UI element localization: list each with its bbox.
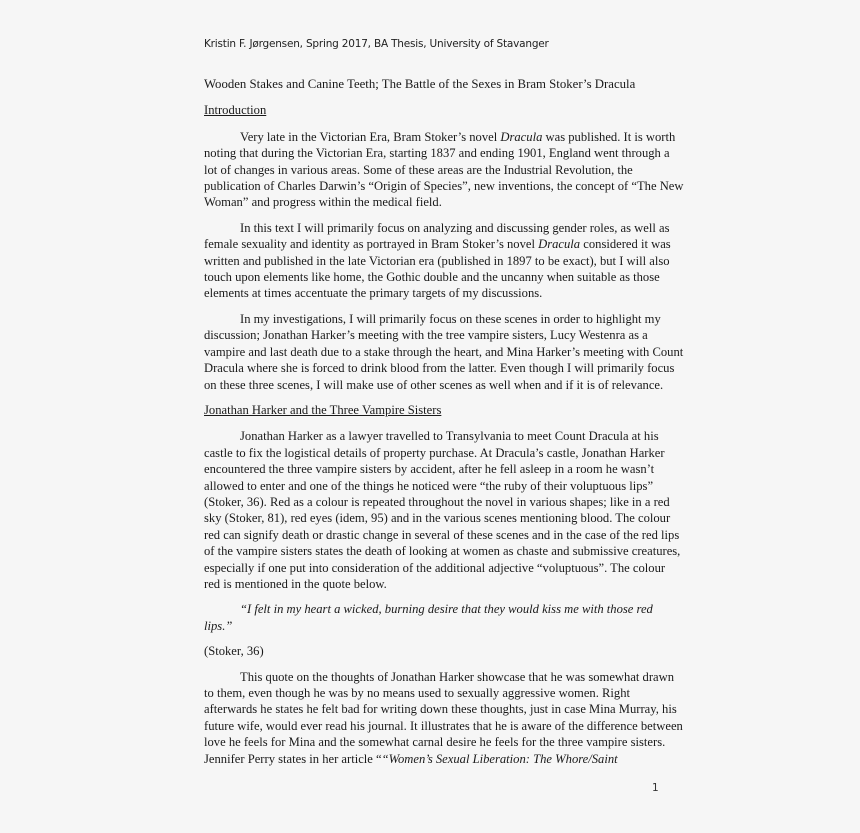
paragraph-text: In my investigations, I will primarily f… [204,312,683,392]
running-header: Kristin F. Jørgensen, Spring 2017, BA Th… [204,38,549,50]
italic-article-title: “Women’s Sexual Liberation: The Whore/Sa… [382,752,618,766]
section-heading-introduction: Introduction [204,102,684,118]
document-title: Wooden Stakes and Canine Teeth; The Batt… [204,76,684,92]
italic-title: Dracula [500,130,542,144]
paragraph-text: Jonathan Harker as a lawyer travelled to… [204,429,680,591]
section-heading-vampire-sisters: Jonathan Harker and the Three Vampire Si… [204,402,684,418]
document-page: Kristin F. Jørgensen, Spring 2017, BA Th… [0,0,860,833]
paragraph: This quote on the thoughts of Jonathan H… [204,669,684,767]
paragraph: Jonathan Harker as a lawyer travelled to… [204,428,684,592]
citation: (Stoker, 36) [204,643,684,659]
paragraph: In my investigations, I will primarily f… [204,311,684,393]
paragraph-text: Very late in the Victorian Era, Bram Sto… [240,130,500,144]
paragraph: Very late in the Victorian Era, Bram Sto… [204,129,684,211]
block-quote: “I felt in my heart a wicked, burning de… [204,601,684,634]
document-body: Wooden Stakes and Canine Teeth; The Batt… [204,76,684,776]
page-number: 1 [652,782,659,794]
italic-title: Dracula [538,237,580,251]
paragraph: In this text I will primarily focus on a… [204,220,684,302]
